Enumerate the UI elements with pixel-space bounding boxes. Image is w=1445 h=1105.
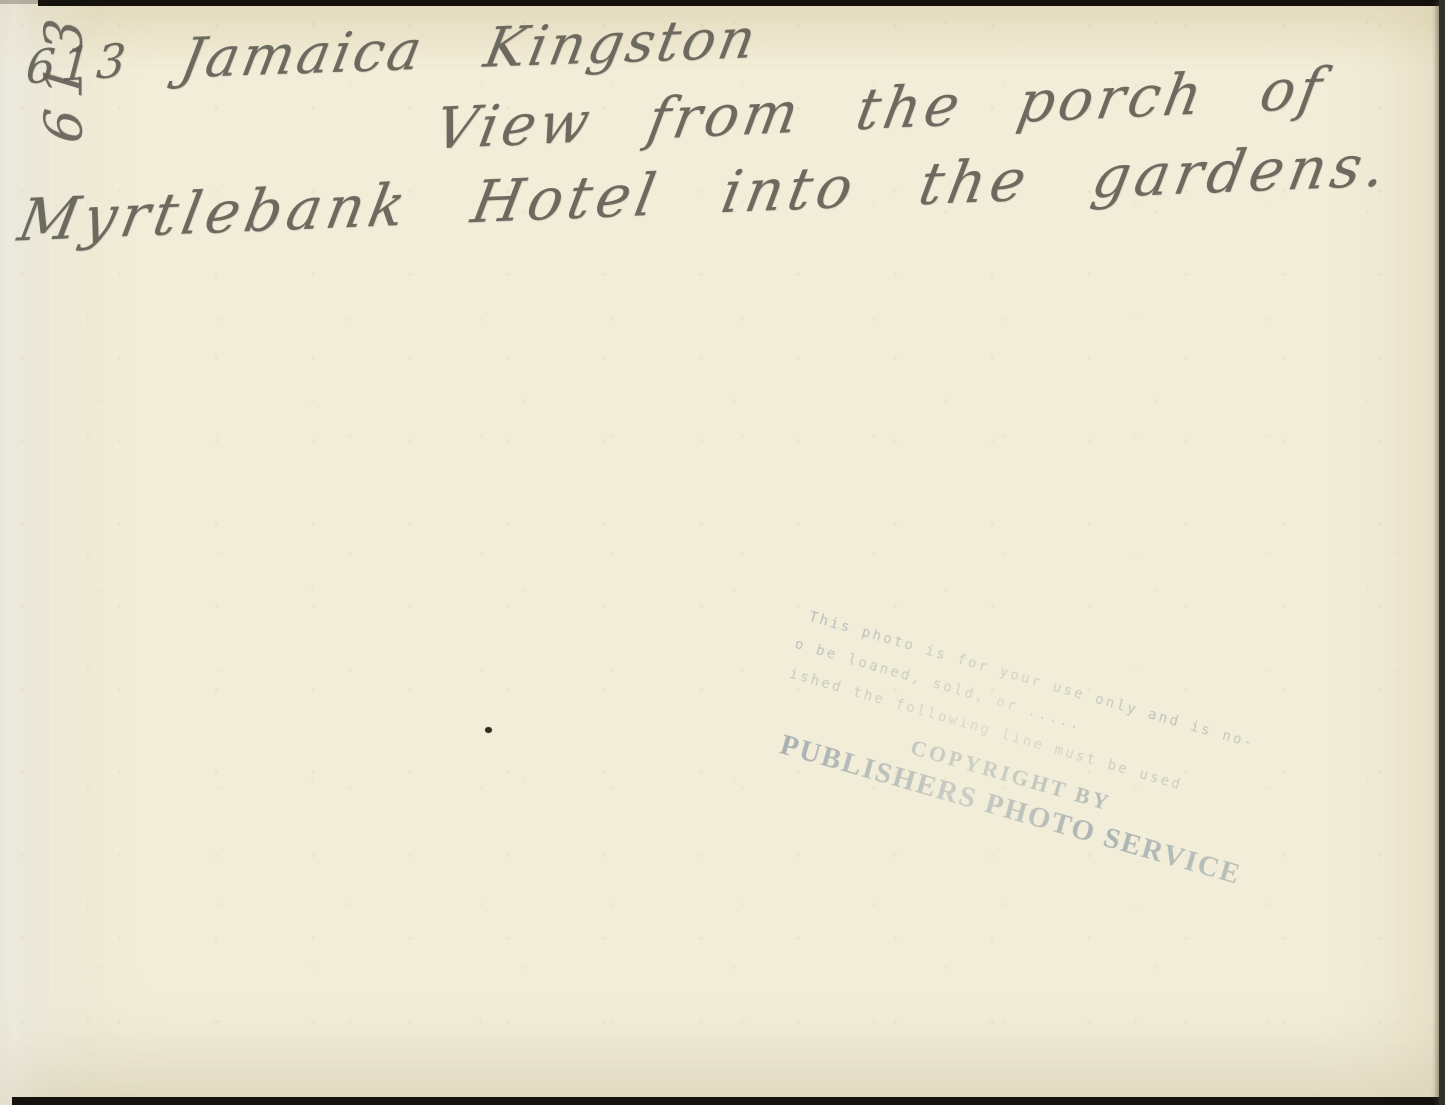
stamp-publishers-photo-service: PUBLISHERS PHOTO SERVICE bbox=[776, 728, 1245, 892]
ink-spot bbox=[485, 727, 492, 733]
handwritten-title-line: JamaicaKingston bbox=[175, 6, 763, 91]
handwritten-place: Jamaica bbox=[175, 18, 429, 91]
scan-edge-top bbox=[38, 0, 1445, 6]
scan-edge-top-notch bbox=[0, 0, 38, 4]
photo-back-scan: 613 JamaicaKingston View from the porch … bbox=[0, 0, 1445, 1105]
stamp-typed-line-1: This photo is for your use only and is n… bbox=[807, 609, 1257, 752]
word-gap bbox=[420, 67, 482, 69]
handwritten-city: Kingston bbox=[479, 6, 764, 80]
copyright-stamp: This photo is for your use only and is n… bbox=[717, 598, 1341, 1050]
sideways-number-text: 613 bbox=[35, 4, 95, 146]
scan-edge-right bbox=[1439, 0, 1445, 1105]
scan-edge-bottom bbox=[12, 1097, 1445, 1105]
